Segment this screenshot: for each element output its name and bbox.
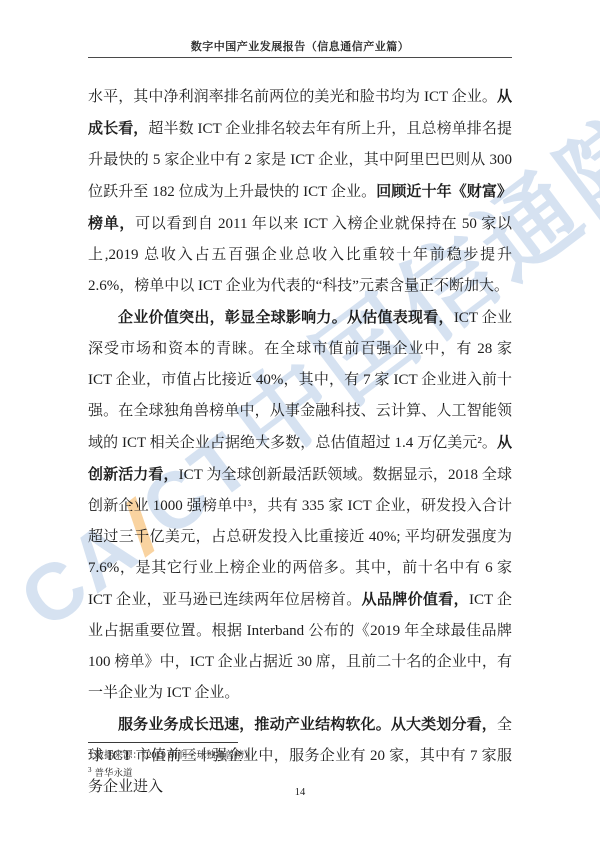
document-header-title: 数字中国产业发展报告（信息通信产业篇）	[88, 38, 512, 54]
text-run: ICT 企业深受市场和资本的青睐。在全球市值前百强企业中，有 28 家 ICT …	[88, 310, 512, 451]
bold-text-run: 企业价值突出，彰显全球影响力。从估值表现看，	[118, 309, 454, 326]
footnote-text: 数据来源：《2019 胡润全球独角兽榜》	[95, 751, 254, 761]
bold-text-run: 从品牌价值看，	[362, 591, 469, 608]
footnote-item: 2数据来源：《2019 胡润全球独角兽榜》	[88, 745, 512, 763]
text-run: ICT 为全球创新最活跃领域。数据显示，2018 全球创新企业 1000 强榜单…	[88, 467, 512, 608]
footnote-list: 2数据来源：《2019 胡润全球独角兽榜》3普华永道	[88, 745, 512, 781]
page-number: 14	[0, 787, 600, 798]
footnote-divider	[88, 742, 238, 743]
body-text: 水平，其中净利润率排名前两位的美光和脸书均为 ICT 企业。从成长看，超半数 I…	[88, 81, 512, 803]
body-paragraph: 企业价值突出，彰显全球影响力。从估值表现看，ICT 企业深受市场和资本的青睐。在…	[88, 302, 512, 709]
footnote-marker: 2	[88, 748, 92, 756]
footnote-text: 普华永道	[95, 769, 133, 779]
document-page: CAICT中国信通院 数字中国产业发展报告（信息通信产业篇） 水平，其中净利润率…	[0, 0, 600, 848]
body-paragraph: 水平，其中净利润率排名前两位的美光和脸书均为 ICT 企业。从成长看，超半数 I…	[88, 81, 512, 302]
footnote-marker: 3	[88, 766, 92, 774]
text-run: ICT 企业占据重要位置。根据 Interband 公布的《2019 年全球最佳…	[88, 592, 512, 701]
text-run: 水平，其中净利润率排名前两位的美光和脸书均为 ICT 企业。	[88, 89, 497, 105]
text-run: 可以看到自 2011 年以来 ICT 入榜企业就保持在 50 家以上,2019 …	[88, 216, 512, 294]
footnote-item: 3普华永道	[88, 763, 512, 781]
bold-text-run: 服务业务成长迅速，推动产业结构软化。从大类划分看，	[118, 716, 497, 733]
header-divider	[88, 57, 512, 58]
